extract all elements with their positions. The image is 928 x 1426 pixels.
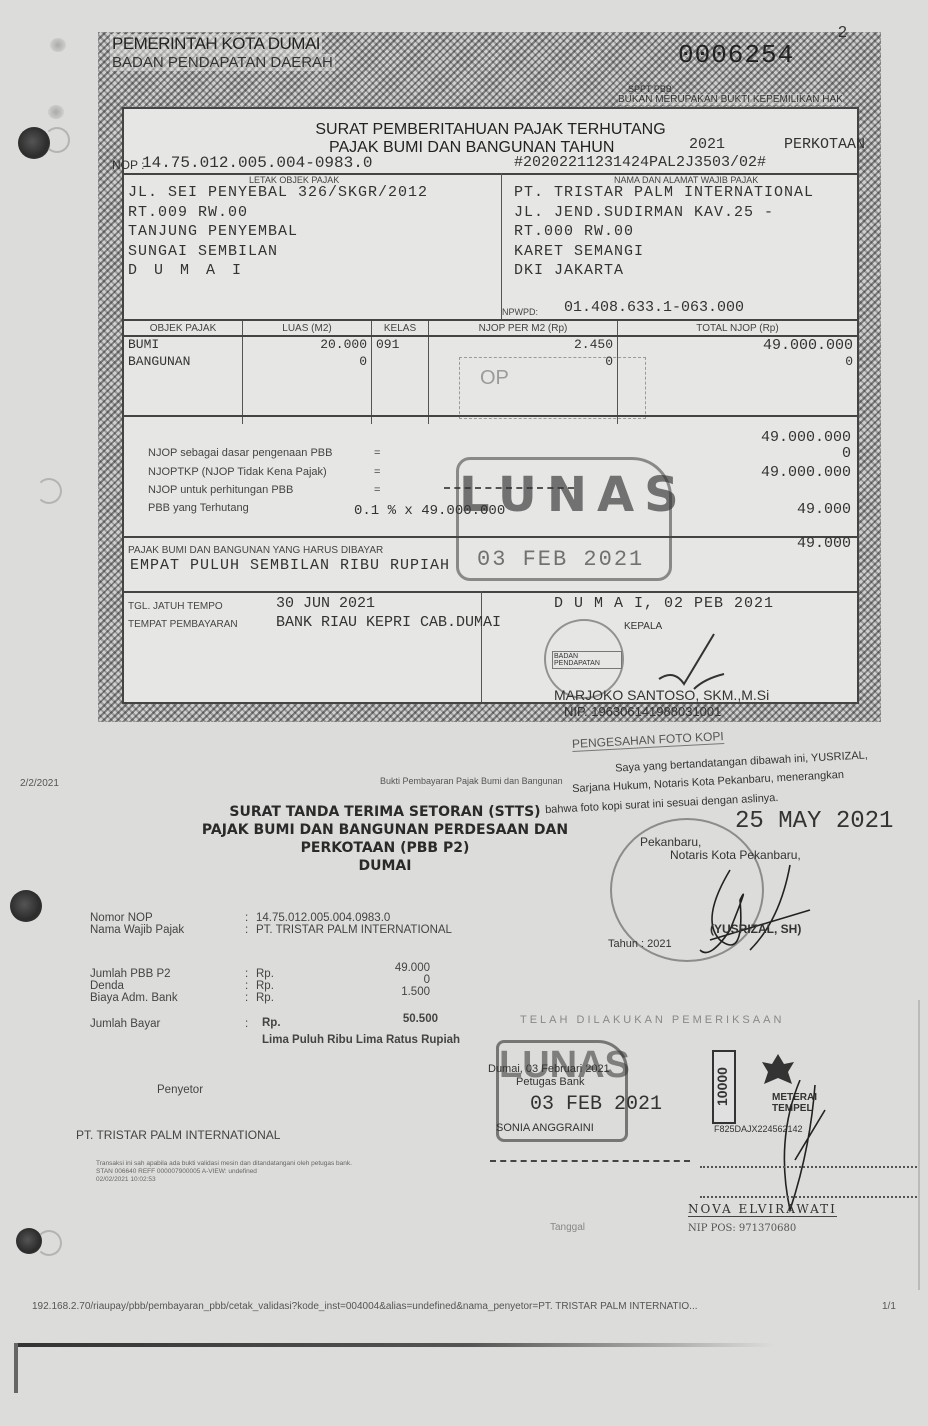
form-body: SURAT PEMBERITAHUAN PAJAK TERHUTANG PAJA… [122,107,859,704]
margin-smudge [50,38,66,52]
col-header: OBJEK PAJAK [124,321,243,336]
issue-place-date: D U M A I, 02 PEB 2021 [554,595,774,612]
currency: Rp. [256,980,274,992]
copy-edge-streak [14,1343,774,1347]
tax-year: 2021 [689,136,725,153]
pbb-due-value: 49.000 [797,501,851,518]
serial-number: 0006254 [678,40,794,70]
njoptkp-value: 49.000.000 [761,464,851,481]
col-header: LUAS (M2) [243,321,372,336]
signatory-name: MARJOKO SANTOSO, SKM.,M.Si [554,687,769,703]
area-type: PERKOTAAN [784,136,865,153]
npwpd-value: 01.408.633.1-063.000 [564,299,744,316]
currency: Rp. [262,1017,281,1029]
njop-base-value: 49.000.000 [761,429,851,446]
divider [124,591,857,593]
seal-header: TELAH DILAKUKAN PEMERIKSAAN [520,1014,784,1026]
divider [124,536,857,538]
total-value: 50.500 [380,1013,438,1025]
nop-value: 14.75.012.005.004-0983.0 [142,154,372,172]
taxpayer-address: PT. TRISTAR PALM INTERNATIONAL JL. JEND.… [514,183,814,281]
divider [124,415,857,417]
title-line: PERKOTAAN (PBB P2) [0,839,880,857]
disclaimer: BUKAN MERUPAKAN BUKTI KEPEMILIKAN HAK [618,94,843,105]
nop-label: NOP : [112,158,144,172]
separator: : [245,912,248,924]
cell [372,354,429,371]
njop-base-label: NJOP sebagai dasar pengenaan PBB [148,447,332,459]
browser-page-title: Bukti Pembayaran Pajak Bumi dan Bangunan [380,776,563,786]
notary-name: (YUSRIZAL, SH) [710,922,801,936]
nop-value: 14.75.012.005.004.0983.0 [256,912,390,924]
footnote: Transaksi ini sah apabila ada bukti vali… [96,1160,352,1184]
currency: Rp. [256,992,274,1004]
separator: : [245,924,248,936]
payment-place-label: TEMPAT PEMBAYARAN [128,619,238,630]
equals: = [374,484,380,496]
amount-due-label: PAJAK BUMI DAN BANGUNAN YANG HARUS DIBAY… [128,545,383,556]
pbb-due-label: PBB yang Terhutang [148,502,249,514]
taxpayer-line: KARET SEMANGI [514,242,814,262]
amount-due-words: EMPAT PULUH SEMBILAN RIBU RUPIAH [130,557,450,574]
payment-place-value: BANK RIAU KEPRI CAB.DUMAI [276,614,501,631]
dotted-line [700,1196,920,1198]
stamp-date: 03 FEB 2021 [477,548,644,572]
object-table: OBJEK PAJAK LUAS (M2) KELAS NJOP PER M2 … [124,321,857,424]
location-line: JL. SEI PENYEBAL 326/SKGR/2012 [128,183,428,203]
taxpayer-line: JL. JEND.SUDIRMAN KAV.25 - [514,203,814,223]
stamp-date-2: 03 FEB 2021 [530,1093,662,1116]
dashed-line [490,1160,690,1162]
form-title: SURAT PEMBERITAHUAN PAJAK TERHUTANG [124,121,857,139]
margin-smudge [48,105,64,119]
punch-hole [10,890,42,922]
notary-header: PENGESAHAN FOTO KOPI [572,729,724,752]
cell: 20.000 [243,336,372,354]
notary-year: Tahun : 2021 [608,938,672,950]
nop-label: Nomor NOP [90,912,153,924]
table-row: BUMI 20.000 091 2.450 49.000.000 [124,336,857,354]
njop-calc-label: NJOP untuk perhitungan PBB [148,484,293,496]
bank-fee-value: 1.500 [380,986,430,998]
pbb-amount-label: Jumlah PBB P2 [90,968,171,980]
officer2-name: NOVA ELVIRAWATI [688,1202,837,1217]
location-line: RT.009 RW.00 [128,203,428,223]
cell: 0 [429,354,618,371]
divider [481,591,482,702]
due-date-label: TGL. JATUH TEMPO [128,601,223,612]
equals: = [374,447,380,459]
amount-due-value: 49.000 [797,535,851,552]
signature-icon [770,1080,830,1220]
print-date: 2/2/2021 [20,778,59,789]
punch-hole [44,127,70,153]
lunas-stamp: LUNAS 03 FEB 2021 [456,457,672,581]
reference-code: #20202211231424PAL2J3503/02# [514,154,766,171]
punch-hole [36,478,62,504]
location-line: D U M A I [128,261,428,281]
officer2-nip: NIP POS: 971370680 [688,1223,796,1234]
depositor-label: Penyetor [157,1084,203,1096]
partial-label: Tanggal [550,1222,585,1233]
seal-text: BADAN PENDAPATAN [552,651,622,669]
edge-line [918,1000,920,1290]
notary-line: Sarjana Hukum, Notaris Kota Pekanbaru, m… [572,769,844,795]
page-number: 2 [838,24,847,42]
notary-signature-icon [690,860,820,970]
col-header: NJOP PER M2 (Rp) [429,321,618,336]
njop-building-value: 0 [842,445,851,462]
receipt-title: SURAT TANDA TERIMA SETORAN (STTS) PAJAK … [0,803,880,875]
cell: 2.450 [429,336,618,354]
cell: 0 [243,354,372,371]
equals: = [374,466,380,478]
currency: Rp. [256,968,274,980]
total-label: Jumlah Bayar [90,1018,160,1030]
stamp-text: LUNAS [459,467,689,523]
cell: BANGUNAN [124,354,243,371]
title-line: SURAT TANDA TERIMA SETORAN (STTS) [0,803,880,821]
depositor-name: PT. TRISTAR PALM INTERNATIONAL [76,1128,280,1142]
due-date-value: 30 JUN 2021 [276,595,375,612]
print-url: 192.168.2.70/riaupay/pbb/pembayaran_pbb/… [32,1301,698,1312]
signatory-nip: NIP. 196306141988031001 [564,704,721,719]
cell: 0 [618,354,858,371]
print-page-count: 1/1 [882,1301,896,1312]
fine-label: Denda [90,980,124,992]
object-location: JL. SEI PENYEBAL 326/SKGR/2012 RT.009 RW… [128,183,428,281]
copy-edge-streak [14,1343,18,1393]
dotted-line [700,1166,920,1168]
title-line: PAJAK BUMI DAN BANGUNAN PERDESAAN DAN [0,821,880,839]
cell: 49.000.000 [618,336,858,354]
bank-officer-name: SONIA ANGGRAINI [496,1122,594,1134]
taxpayer-label: Nama Wajib Pajak [90,924,184,936]
table-row: BANGUNAN 0 0 0 [124,354,857,371]
meterai-stamp: 10000 [712,1050,736,1124]
divider [501,173,502,319]
bank-officer-label: Petugas Bank [516,1076,585,1088]
doc-code: SPPT PBB [628,84,672,94]
total-words: Lima Puluh Ribu Lima Ratus Rupiah [262,1034,460,1046]
bank-fee-label: Biaya Adm. Bank [90,992,178,1004]
header-dept: BADAN PENDAPATAN DAERAH [110,54,335,71]
pbb-amount-value: 49.000 [380,962,430,974]
bank-place-date: Dumai, 03 Februari 2021 [488,1063,610,1075]
taxpayer-value: PT. TRISTAR PALM INTERNATIONAL [256,924,452,936]
njoptkp-label: NJOPTKP (NJOP Tidak Kena Pajak) [148,466,327,478]
title-line: DUMAI [0,857,880,875]
taxpayer-line: DKI JAKARTA [514,261,814,281]
header-org: PEMERINTAH KOTA DUMAI [110,34,322,54]
location-line: SUNGAI SEMBILAN [128,242,428,262]
fine-value: 0 [380,974,430,986]
sppt-form: PEMERINTAH KOTA DUMAI BADAN PENDAPATAN D… [98,32,881,722]
location-line: TANJUNG PENYEMBAL [128,222,428,242]
col-header: TOTAL NJOP (Rp) [618,321,858,336]
npwpd-label: NPWPD: [502,307,538,317]
punch-hole [36,1230,62,1256]
col-header: KELAS [372,321,429,336]
cell: BUMI [124,336,243,354]
cell: 091 [372,336,429,354]
taxpayer-line: PT. TRISTAR PALM INTERNATIONAL [514,183,814,203]
taxpayer-line: RT.000 RW.00 [514,222,814,242]
